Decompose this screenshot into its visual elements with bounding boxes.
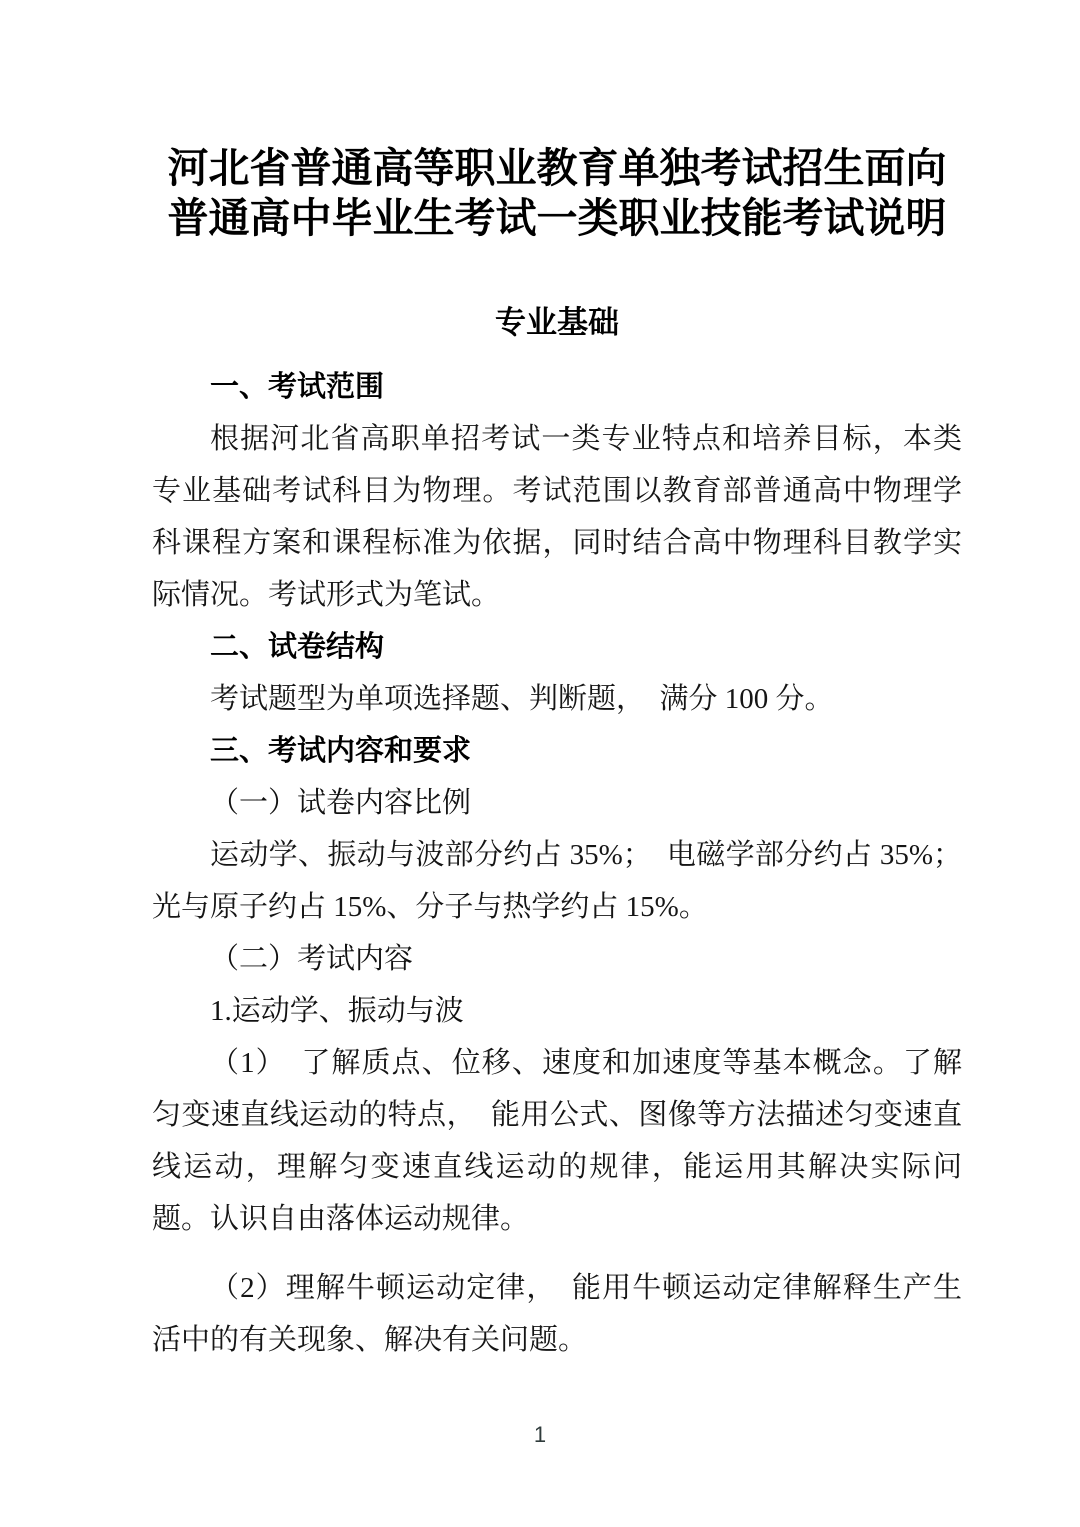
paragraph-paper-structure: 考试题型为单项选择题、判断题， 满分 100 分。 xyxy=(152,673,962,725)
paragraph-content-ratio: 运动学、振动与波部分约占 35%； 电磁学部分约占 35%；光与原子约占 15%… xyxy=(152,829,962,933)
subsection-heading-1: （一）试卷内容比例 xyxy=(152,777,962,829)
section-heading-3: 三、考试内容和要求 xyxy=(152,725,962,777)
paragraph-requirement-1: （1） 了解质点、位移、速度和加速度等基本概念。了解匀变速直线运动的特点， 能用… xyxy=(152,1037,962,1245)
topic-heading-kinematics: 1.运动学、振动与波 xyxy=(152,985,962,1037)
section-heading-1: 一、考试范围 xyxy=(152,361,962,413)
document-subtitle: 专业基础 xyxy=(152,303,962,343)
section-heading-2: 二、试卷结构 xyxy=(152,621,962,673)
paragraph-requirement-2: （2）理解牛顿运动定律， 能用牛顿运动定律解释生产生活中的有关现象、解决有关问题… xyxy=(152,1262,962,1366)
document-body: 一、考试范围 根据河北省高职单招考试一类专业特点和培养目标，本类专业基础考试科目… xyxy=(152,361,962,1366)
page-number: 1 xyxy=(0,1423,1080,1447)
paragraph-exam-scope: 根据河北省高职单招考试一类专业特点和培养目标，本类专业基础考试科目为物理。考试范… xyxy=(152,413,962,621)
document-title-line-1: 河北省普通高等职业教育单独考试招生面向 xyxy=(168,145,947,191)
document-title: 河北省普通高等职业教育单独考试招生面向 普通高中毕业生考试一类职业技能考试说明 xyxy=(152,143,962,243)
subsection-heading-2: （二）考试内容 xyxy=(152,933,962,985)
document-title-line-2: 普通高中毕业生考试一类职业技能考试说明 xyxy=(168,195,947,241)
document-page: 河北省普通高等职业教育单独考试招生面向 普通高中毕业生考试一类职业技能考试说明 … xyxy=(0,0,1080,1527)
